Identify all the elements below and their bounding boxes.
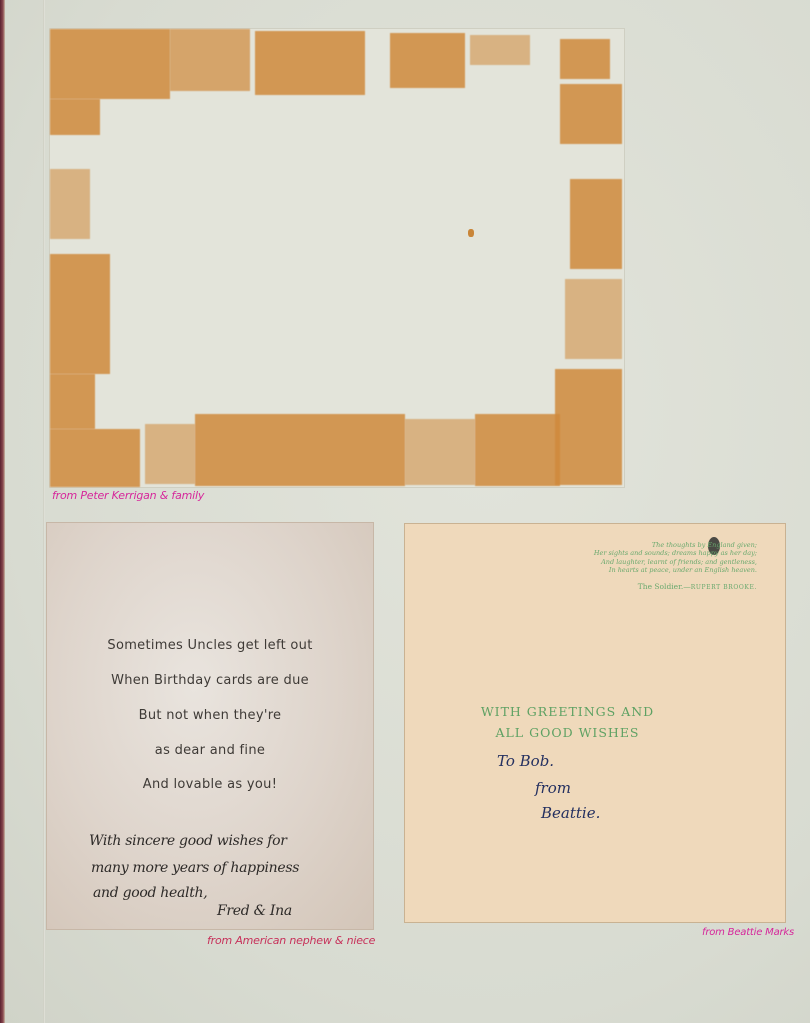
print-band [555,369,622,485]
album-binding [0,0,5,1023]
print-band [145,424,195,484]
handwritten-line: and good health, [93,885,207,901]
verse-line: as dear and fine [47,743,373,758]
print-band [50,99,100,135]
handwritten-name: Beattie. [541,804,600,822]
greeting-card-bob: The thoughts by England given; Her sight… [404,523,786,923]
poem-title: The Soldier.— [638,582,691,591]
verse-line: But not when they're [47,708,373,723]
left-card-caption: from American nephew & niece [207,934,375,947]
print-band [50,254,110,374]
print-band [390,33,465,88]
print-band [255,31,365,95]
poem-excerpt: The thoughts by England given; Her sight… [594,541,757,575]
poem-author: RUPERT BROOKE. [691,584,757,591]
handwritten-line: With sincere good wishes for [89,833,287,849]
page-gutter-line [43,0,45,1023]
poem-line: Her sights and sounds; dreams happy as h… [594,549,757,557]
greeting-line: WITH GREETINGS AND [405,704,730,719]
print-band [50,429,140,487]
print-band [50,29,170,99]
greeting-line: ALL GOOD WISHES [405,725,730,740]
print-band [50,374,95,429]
verse-line: When Birthday cards are due [47,673,373,688]
print-caption: from Peter Kerrigan & family [52,489,204,502]
print-band [475,414,560,486]
print-band [170,29,250,91]
print-band [470,35,530,65]
right-card-caption: from Beattie Marks [702,927,794,938]
handwritten-signature: Fred & Ina [217,903,292,919]
verse-line: And lovable as you! [47,777,373,792]
scrapbook-page: from Peter Kerrigan & family Sometimes U… [0,0,810,1023]
poem-attribution: The Soldier.—RUPERT BROOKE. [638,582,757,591]
verse-line: Sometimes Uncles get left out [47,638,373,653]
print-band [560,84,622,144]
print-band [50,169,90,239]
block-print-frame [49,28,625,488]
poem-line: The thoughts by England given; [594,541,757,549]
handwritten-to: To Bob. [497,752,554,770]
print-band [570,179,622,269]
handwritten-line: many more years of happiness [91,860,299,876]
poem-line: In hearts at peace, under an English hea… [594,566,757,574]
print-band [560,39,610,79]
print-band [195,414,405,486]
print-band [405,419,475,485]
birthday-card-uncle: Sometimes Uncles get left out When Birth… [46,522,374,930]
poem-line: And laughter, learnt of friends; and gen… [594,558,757,566]
handwritten-from: from [535,779,571,797]
print-band [565,279,622,359]
ink-speck [468,229,474,237]
